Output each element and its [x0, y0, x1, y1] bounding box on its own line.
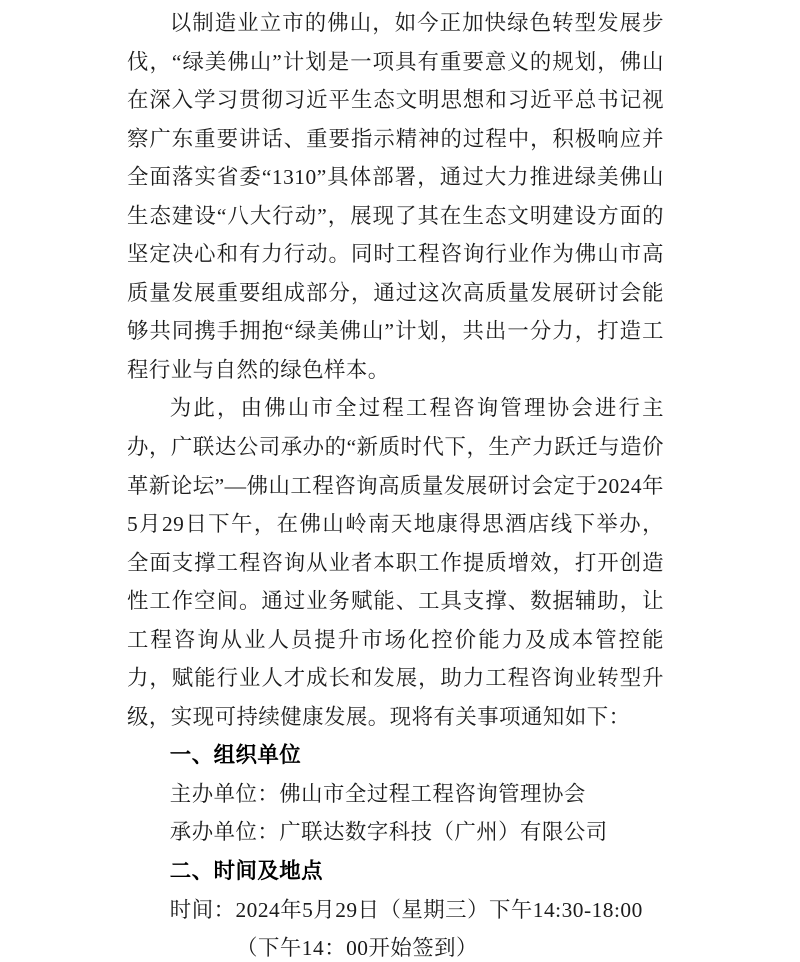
section-heading-time-place: 二、时间及地点 — [127, 852, 664, 891]
paragraph-forum-intro: 为此，由佛山市全过程工程咨询管理协会进行主办，广联达公司承办的“新质时代下，生产… — [127, 389, 664, 736]
organizer-unit-line: 承办单位：广联达数字科技（广州）有限公司 — [127, 813, 664, 852]
signin-time-line: （下午14：00开始签到） — [127, 929, 664, 962]
section-heading-organization: 一、组织单位 — [127, 736, 664, 775]
host-unit-line: 主办单位：佛山市全过程工程咨询管理协会 — [127, 775, 664, 814]
paragraph-green-foshan: 以制造业立市的佛山，如今正加快绿色转型发展步伐，“绿美佛山”计划是一项具有重要意… — [127, 4, 664, 389]
document-page: 以制造业立市的佛山，如今正加快绿色转型发展步伐，“绿美佛山”计划是一项具有重要意… — [0, 0, 800, 962]
event-time-line: 时间：2024年5月29日（星期三）下午14:30-18:00 — [127, 891, 664, 930]
